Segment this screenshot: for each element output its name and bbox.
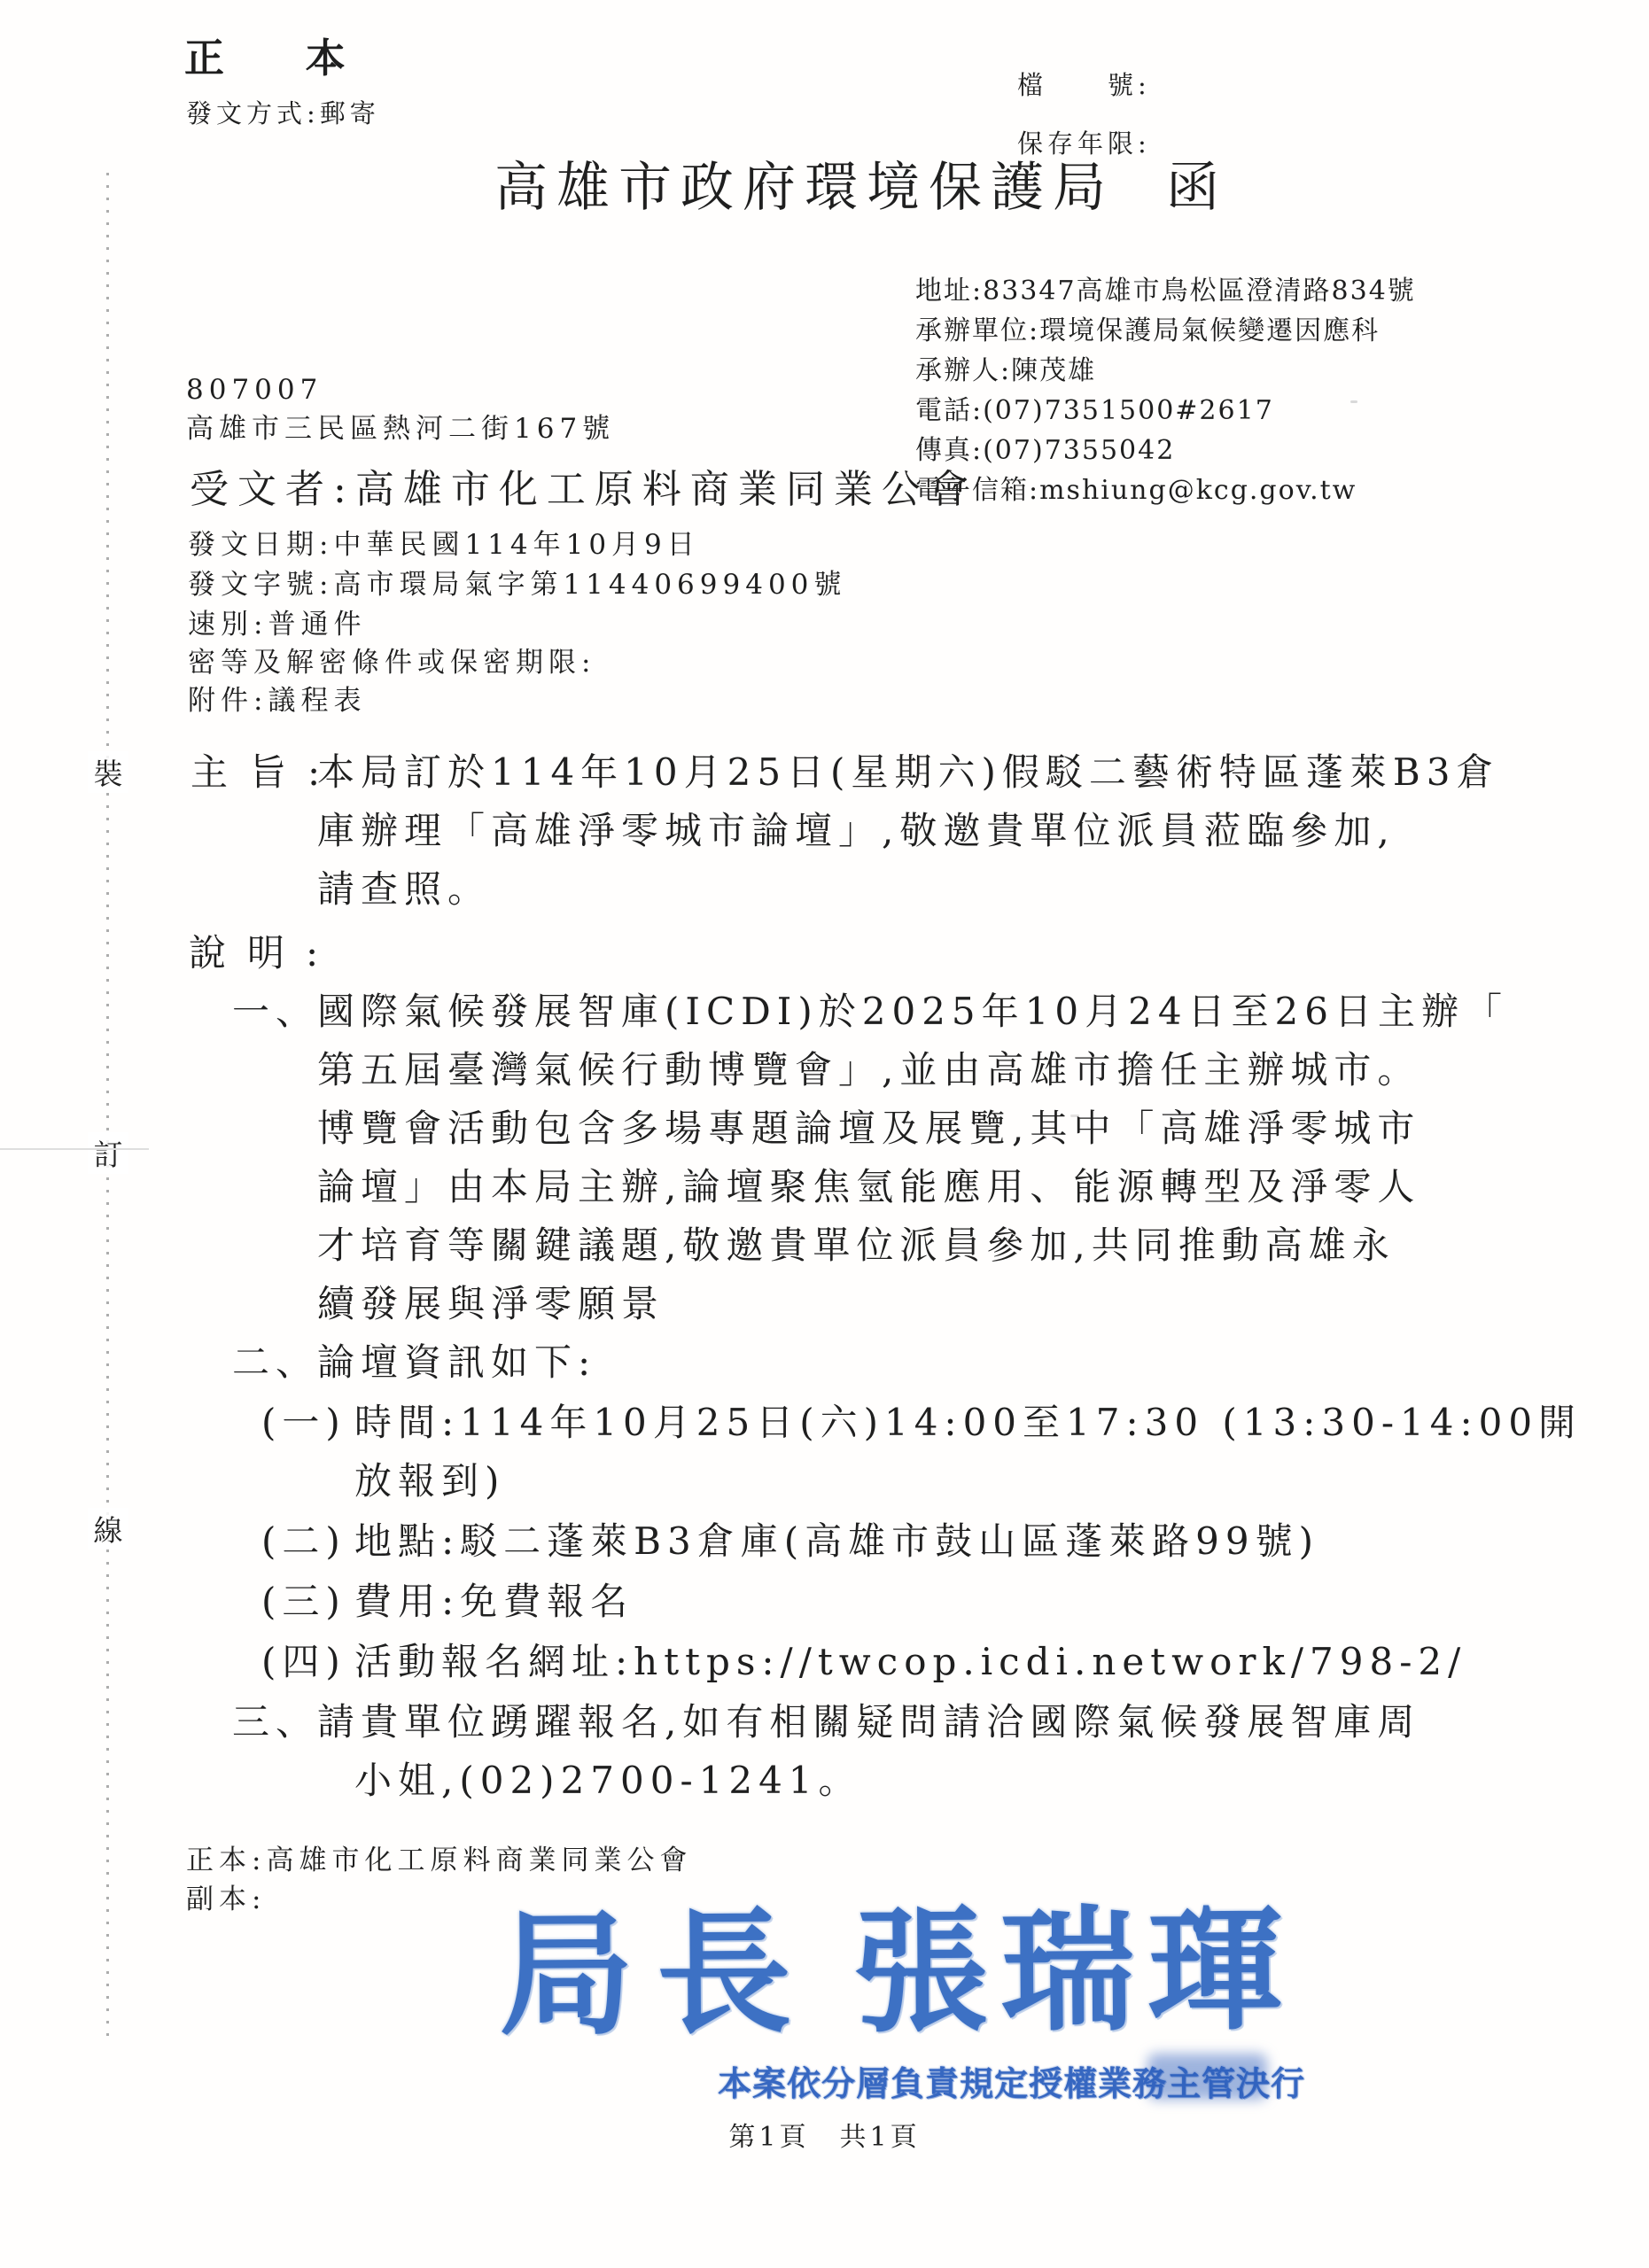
item-2-line-1: 論壇資訊如下: (317, 1341, 596, 1384)
item-2-number: 二、 (232, 1341, 319, 1384)
scanned-official-letter: 裝 訂 線 正 本 發文方式:郵寄 檔 號: 保存年限: 高雄市政府環境保護局函… (0, 0, 1649, 2268)
director-title: 局長 (498, 1893, 814, 2054)
document-type: 函 (1166, 157, 1228, 219)
sender-phone: 電話:(07)7351500#2617 (915, 396, 1416, 436)
subitem-4-number: (四) (261, 1641, 346, 1683)
file-number-label: 檔 號: (1017, 71, 1151, 100)
subitem-4-line-1: 活動報名網址:https://twcop.icdi.network/798-2/ (354, 1641, 1466, 1683)
sender-address: 地址:83347高雄市鳥松區澄清路834號 (915, 276, 1416, 316)
sender-unit: 承辦單位:環境保護局氣候變遷因應科 (915, 316, 1416, 356)
item-1-line-5: 才培育等關鍵議題,敬邀貴單位派員參加,共同推動高雄永 (317, 1224, 1396, 1267)
issue-date: 發文日期:中華民國114年10月9日 (188, 530, 700, 562)
item-1-line-1: 國際氣候發展智庫(ICDI)於2025年10月24日至26日主辦「 (317, 990, 1508, 1033)
director-name: 張瑞琿 (852, 1890, 1295, 2051)
recipient-zip: 807007 (186, 375, 323, 407)
subitem-1-number: (一) (261, 1402, 346, 1444)
subitem-1-line-2: 放報到) (354, 1460, 505, 1503)
item-1-line-2: 第五屆臺灣氣候行動博覽會」,並由高雄市擔任主辦城市。 (317, 1049, 1420, 1091)
scan-artifact-line (0, 1148, 149, 1150)
item-1-line-4: 論壇」由本局主辦,論壇聚焦氫能應用、能源轉型及淨零人 (317, 1166, 1420, 1208)
security-class: 密等及解密條件或保密期限: (188, 648, 595, 680)
sender-contact-block: 地址:83347高雄市鳥松區澄清路834號 承辦單位:環境保護局氣候變遷因應科 … (915, 276, 1416, 516)
binding-dotted-line (106, 173, 109, 2038)
subitem-2-line-1: 地點:駁二蓬萊B3倉庫(高雄市鼓山區蓬萊路99號) (354, 1520, 1319, 1563)
explanation-label: 說明: (189, 932, 339, 975)
subject-line-1: 本局訂於114年10月25日(星期六)假駁二藝術特區蓬萊B3倉 (317, 751, 1499, 794)
copy-type-label: 正 本 (184, 35, 379, 82)
subitem-2-number: (二) (261, 1520, 346, 1563)
item-1-line-6: 續發展與淨零願景 (317, 1283, 665, 1325)
subject-line-3: 請查照。 (317, 868, 491, 911)
delivery-method: 發文方式:郵寄 (186, 99, 380, 128)
doc-number: 發文字號:高市環局氣字第11440699400號 (188, 570, 846, 602)
item-3-line-2: 小姐,(02)2700-1241。 (354, 1759, 862, 1802)
issuing-agency-name: 高雄市政府環境保護局 (494, 157, 1115, 219)
distribution-copy: 副本: (186, 1884, 266, 1916)
speed-class: 速別:普通件 (188, 610, 366, 641)
sender-fax: 傳真:(07)7355042 (915, 436, 1416, 476)
binding-mark-zhuang: 裝 (88, 751, 128, 793)
item-1-line-3: 博覽會活動包含多場專題論壇及展覽,其中「高雄淨零城市 (317, 1107, 1420, 1150)
sender-person: 承辦人:陳茂雄 (915, 356, 1416, 396)
subject-line-2: 庫辦理「高雄淨零城市論壇」,敬邀貴單位派員蒞臨參加, (317, 810, 1396, 852)
item-3-line-1: 請貴單位踴躍報名,如有相關疑問請洽國際氣候發展智庫周 (317, 1701, 1420, 1744)
document-title: 高雄市政府環境保護局函 (494, 158, 1228, 219)
attachment: 附件:議程表 (188, 686, 366, 718)
retention-label: 保存年限: (1017, 129, 1151, 159)
item-3-number: 三、 (232, 1701, 319, 1744)
director-signature-stamp: 局長張瑞琿 (498, 1899, 1295, 2046)
page-number: 第1頁 共1頁 (728, 2123, 920, 2154)
distribution-original: 正本:高雄市化工原料商業同業公會 (186, 1845, 692, 1877)
item-1-number: 一、 (232, 990, 319, 1033)
subitem-3-number: (三) (261, 1581, 346, 1623)
subitem-1-line-1: 時間:114年10月25日(六)14:00至17:30 (13:30-14:00… (354, 1402, 1582, 1444)
recipient-line: 受文者:高雄市化工原料商業同業公會 (190, 468, 977, 513)
sender-email: 電子信箱:mshiung@kcg.gov.tw (915, 476, 1416, 516)
stamp-authorization-line: 本案依分層負責規定授權業務主管決行 (718, 2056, 1305, 2105)
binding-mark-xian: 線 (88, 1508, 128, 1550)
binding-mark-ding: 訂 (88, 1132, 128, 1174)
recipient-street: 高雄市三民區熱河二街167號 (186, 414, 615, 446)
subitem-3-line-1: 費用:免費報名 (354, 1581, 634, 1623)
